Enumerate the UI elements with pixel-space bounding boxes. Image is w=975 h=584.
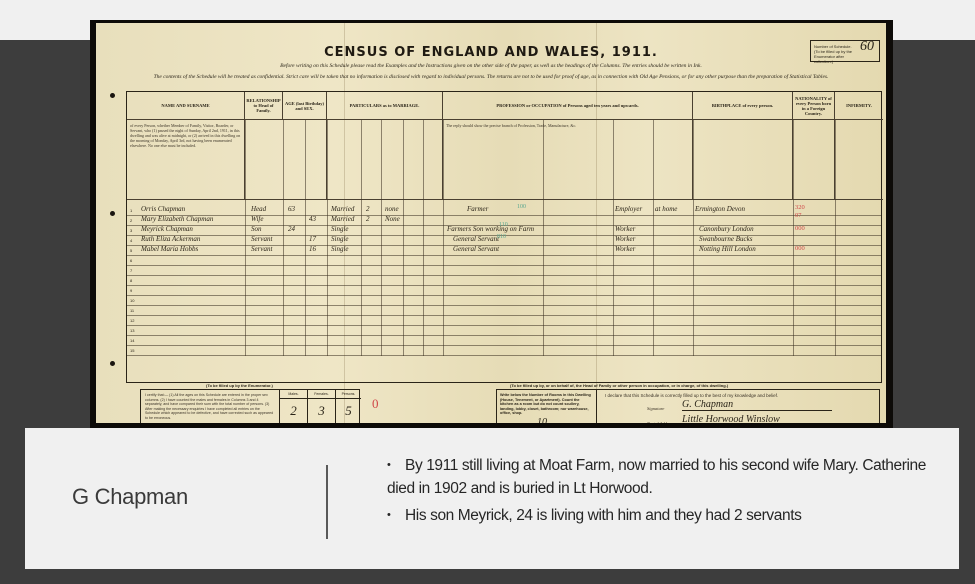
bullet-item: •By 1911 still living at Moat Farm, now … — [387, 454, 927, 500]
entry-code-green: 100 — [517, 204, 526, 210]
census-row-empty: 13 — [127, 326, 881, 336]
entry-code-green: 110 — [499, 222, 508, 228]
entry-name: Mary Elizabeth Chapman — [141, 215, 213, 223]
census-document-image: CENSUS OF ENGLAND AND WALES, 1911. Befor… — [90, 20, 893, 428]
col-header-birthplace: BIRTHPLACE of every person. — [693, 92, 793, 120]
name-instructions: of every Person, whether Member of Famil… — [127, 120, 245, 200]
census-row: 5 — [127, 246, 881, 256]
entry-age-female: 16 — [309, 245, 316, 253]
entry-occupation: General Servant — [453, 235, 499, 243]
bullet-icon: • — [387, 504, 405, 527]
householder-heading: (To be filled up by, or on behalf of, th… — [510, 383, 728, 388]
entry-occupation: Farmers Son working on Farm — [447, 225, 534, 233]
census-form-table: NAME AND SURNAME RELATIONSHIP to Head of… — [126, 91, 882, 383]
address-value: Little Horwood Winslow — [682, 414, 842, 423]
entry-name: Orris Chapman — [141, 205, 185, 213]
entry-marriage: Single — [331, 225, 349, 233]
householder-box: Write below the Number of Rooms in this … — [496, 389, 880, 423]
entry-employment: Worker — [615, 235, 635, 243]
signature-value: G. Chapman — [682, 399, 832, 411]
total-persons: Persons. 5 — [335, 390, 361, 423]
census-row-empty: 7 — [127, 266, 881, 276]
census-row-empty: 10 — [127, 296, 881, 306]
col-header-nationality: NATIONALITY of every Person born in a Fo… — [793, 92, 835, 120]
slide-title: G Chapman — [72, 484, 188, 510]
binding-hole — [110, 361, 115, 366]
entry-relation: Son — [251, 225, 262, 233]
entry-employment: Worker — [615, 225, 635, 233]
entry-marriage: Single — [331, 245, 349, 253]
census-row-empty: 14 — [127, 336, 881, 346]
address-label: Postal Address — [647, 421, 674, 423]
bullet-item: •His son Meyrick, 24 is living with him … — [387, 504, 927, 527]
enumerator-heading: (To be filled up by the Enumerator.) — [206, 383, 273, 388]
col-header-relationship: RELATIONSHIP to Head of Family. — [245, 92, 283, 120]
total-males: Males. 2 — [279, 390, 307, 423]
census-row-empty: 9 — [127, 286, 881, 296]
schedule-number: 60 — [860, 39, 874, 55]
entry-code-green: 810 — [497, 234, 506, 240]
col-header-age: AGE (last Birthday) and SEX. — [283, 92, 327, 120]
census-row: 1 — [127, 206, 881, 216]
entry-code-red: 000 — [795, 245, 805, 252]
census-row-empty: 11 — [127, 306, 881, 316]
entry-relation: Wife — [251, 215, 263, 223]
entry-relation: Head — [251, 205, 266, 213]
entry-name: Mabel Maria Hobbs — [141, 245, 198, 253]
rooms-box: Write below the Number of Rooms in this … — [497, 390, 597, 423]
entry-relation: Servant — [251, 235, 272, 243]
entry-age-male: 24 — [288, 225, 295, 233]
signature-label: Signature — [647, 406, 664, 411]
entry-code-red: 000 — [795, 225, 805, 232]
census-confidential-line: The contents of the Schedule will be tre… — [96, 74, 886, 80]
census-paper: CENSUS OF ENGLAND AND WALES, 1911. Befor… — [96, 23, 886, 423]
entry-code-red: 320 07 — [795, 204, 805, 220]
vertical-divider — [326, 465, 328, 539]
entry-children-born: none — [385, 205, 399, 213]
entry-age-male: 63 — [288, 205, 295, 213]
entry-marriage: Married — [331, 205, 354, 213]
rooms-count: 10 — [537, 417, 547, 423]
col-header-occupation: PROFESSION or OCCUPATION of Persons aged… — [443, 92, 693, 120]
census-row-empty: 12 — [127, 316, 881, 326]
census-row-empty: 8 — [127, 276, 881, 286]
col-header-name: NAME AND SURNAME — [127, 92, 245, 120]
entry-children-born: None — [385, 215, 400, 223]
entry-marriage: Single — [331, 235, 349, 243]
entry-years-married: 2 — [366, 205, 370, 213]
entry-at-home: at home — [655, 205, 677, 213]
enumerator-box: I certify that:— (1) All the ages on thi… — [140, 389, 360, 423]
census-title: CENSUS OF ENGLAND AND WALES, 1911. — [96, 45, 886, 60]
entry-name: Ruth Eliza Ackerman — [141, 235, 200, 243]
entry-years-married: 2 — [366, 215, 370, 223]
entry-birthplace: Ermington Devon — [695, 205, 745, 213]
entry-age-female: 43 — [309, 215, 316, 223]
entry-marriage: Married — [331, 215, 354, 223]
col-header-marriage: PARTICULARS as to MARRIAGE. — [327, 92, 443, 120]
binding-hole — [110, 93, 115, 98]
schedule-number-label: Number of Schedule. (To be filled up by … — [814, 44, 858, 64]
entry-occupation: General Servant — [453, 245, 499, 253]
entry-age-female: 17 — [309, 235, 316, 243]
total-females: Females. 3 — [307, 390, 335, 423]
enumerator-red-mark: 0 — [372, 396, 379, 412]
entry-birthplace: Notting Hill London — [699, 245, 756, 253]
entry-birthplace: Canonbury London — [699, 225, 754, 233]
entry-name: Meyrick Chapman — [141, 225, 193, 233]
declaration-text: I declare that this Schedule is correctl… — [605, 393, 778, 398]
census-row-empty: 15 — [127, 346, 881, 356]
bullet-icon: • — [387, 454, 405, 477]
entry-relation: Servant — [251, 245, 272, 253]
col-header-infirmity: INFIRMITY. — [835, 92, 883, 120]
census-row-empty: 6 — [127, 256, 881, 266]
caption-panel: G Chapman •By 1911 still living at Moat … — [25, 428, 959, 569]
enumerator-certify-text: I certify that:— (1) All the ages on thi… — [145, 393, 275, 420]
entry-employment: Employer — [615, 205, 642, 213]
schedule-number-box: Number of Schedule. (To be filled up by … — [810, 40, 880, 62]
bullet-list: •By 1911 still living at Moat Farm, now … — [387, 454, 927, 531]
entry-employment: Worker — [615, 245, 635, 253]
entry-occupation: Farmer — [467, 205, 488, 213]
binding-hole — [110, 211, 115, 216]
entry-birthplace: Swanbourne Bucks — [699, 235, 752, 243]
census-instruction-line: Before writing on this Schedule please r… — [96, 63, 886, 69]
occupation-instructions: The reply should show the precise branch… — [443, 120, 693, 200]
